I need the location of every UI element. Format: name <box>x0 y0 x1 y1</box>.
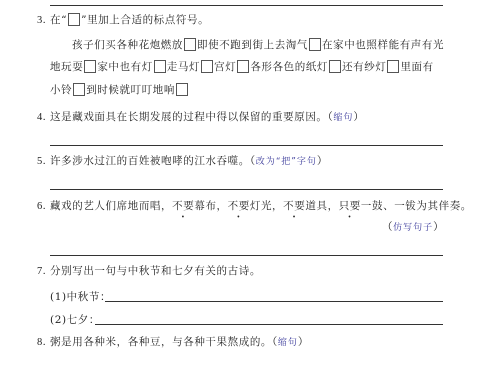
q7-number: 7. <box>37 266 46 277</box>
punct-box-5[interactable] <box>201 60 213 73</box>
q5-number: 5. <box>37 156 46 167</box>
q4-number: 4. <box>37 112 46 123</box>
q3-line-3: 小铃到时候就叮叮地响 <box>50 83 189 97</box>
q3-line-2: 地玩耍家中也有灯走马灯宫灯各形各色的纸灯还有纱灯里面有 <box>50 60 434 74</box>
punct-box-1[interactable] <box>184 38 196 51</box>
emphasis-dots: 不要 <box>283 200 305 212</box>
punct-box-2[interactable] <box>309 38 321 51</box>
q8-prompt: 8. 粥是用各种米，各种豆，与各种干果熬成的。（缩句） <box>37 335 309 350</box>
q8-number: 8. <box>37 337 46 348</box>
punct-box-9[interactable] <box>73 83 85 96</box>
punct-box-7[interactable] <box>329 60 341 73</box>
q4-answer-line[interactable] <box>50 145 443 146</box>
q7-sub1-answer-line[interactable] <box>105 301 443 302</box>
punct-box-3[interactable] <box>84 60 96 73</box>
q7-sub2-answer-line[interactable] <box>95 324 443 325</box>
q3-line-1: 孩子们买各种花炮燃放即使不跑到街上去淘气在家中也照样能有声有光 <box>72 38 444 52</box>
q7-prompt: 7. 分别写出一句与中秋节和七夕有关的古诗。 <box>37 264 261 279</box>
punct-box-6[interactable] <box>237 60 249 73</box>
q5-hint: 改为“把”字句 <box>256 157 317 167</box>
q3-prompt: 3. 在“”里加上合适的标点符号。 <box>37 13 209 28</box>
punct-box-10[interactable] <box>176 83 188 96</box>
answer-line-previous <box>50 5 443 6</box>
q6-hint: 仿写句子 <box>393 223 433 233</box>
q3-number: 3. <box>37 15 46 26</box>
q8-hint: 缩句 <box>278 338 298 348</box>
emphasis-dots: 不要 <box>172 200 194 212</box>
q7-sub2-label: (2)七夕： <box>50 313 100 327</box>
q4-prompt: 4. 这是藏戏面具在长期发展的过程中得以保留的重要原因。（缩句） <box>37 110 365 125</box>
q6-prompt: 6. 藏戏的艺人们席地而唱，不要幕布，不要灯光，不要道具，只要一鼓、一钹为其伴奏… <box>37 199 472 214</box>
q4-hint: 缩句 <box>333 113 353 123</box>
q6-hint-line: （仿写句子） <box>382 220 444 235</box>
emphasis-dots: 不要 <box>228 200 250 212</box>
q6-number: 6. <box>37 201 46 212</box>
emphasis-dots: 只要 <box>339 200 361 212</box>
punct-box-8[interactable] <box>387 60 399 73</box>
example-punct-box <box>68 13 80 26</box>
punct-box-4[interactable] <box>154 60 166 73</box>
q6-answer-line[interactable] <box>50 255 443 256</box>
q5-prompt: 5. 许多涉水过江的百姓被咆哮的江水吞噬。（改为“把”字句） <box>37 154 328 169</box>
q7-sub1-label: (1)中秋节： <box>50 290 111 304</box>
q5-answer-line[interactable] <box>50 189 443 190</box>
